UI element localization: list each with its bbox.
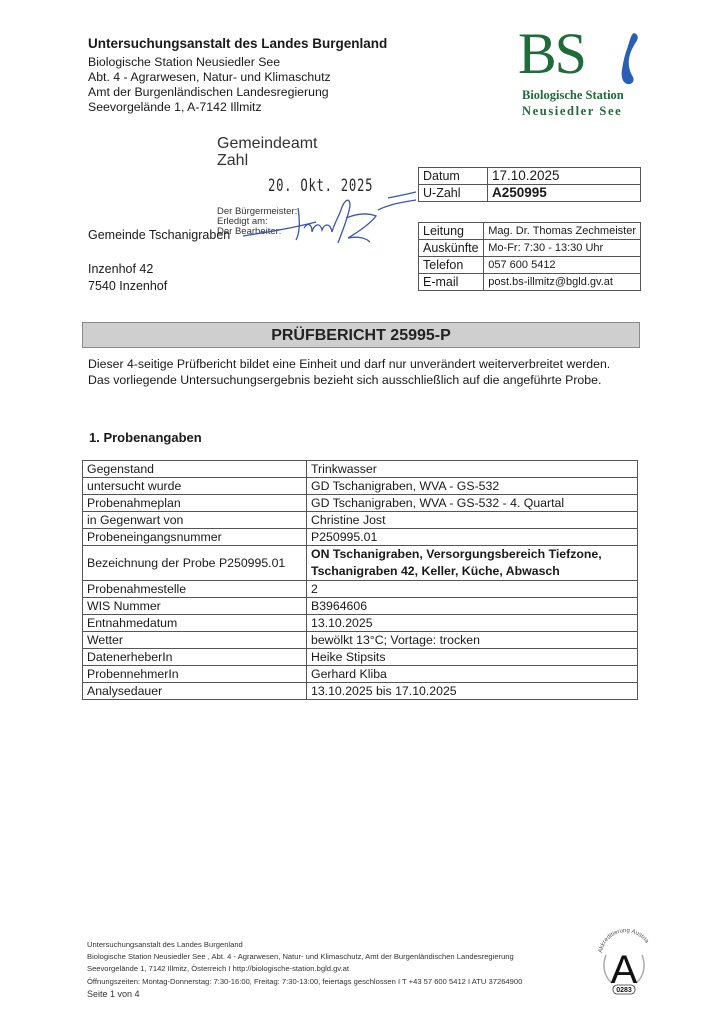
table-row: Telefon 057 600 5412 bbox=[419, 257, 641, 274]
probe-key: Wetter bbox=[83, 632, 307, 649]
recipient-name: Gemeinde Tschanigraben bbox=[88, 228, 230, 242]
recipient-street: Inzenhof 42 bbox=[88, 261, 167, 278]
probe-value: ON Tschanigraben, Versorgungsbereich Tie… bbox=[307, 546, 638, 581]
contact-value: Mag. Dr. Thomas Zechmeister bbox=[484, 223, 641, 240]
probe-key: Gegenstand bbox=[83, 461, 307, 478]
probe-value: bewölkt 13°C; Vortage: trocken bbox=[307, 632, 638, 649]
footer-line: Seevorgelände 1, 7142 Illmitz, Österreic… bbox=[87, 963, 522, 975]
table-row: Auskünfte Mo-Fr: 7:30 - 13:30 Uhr bbox=[419, 240, 641, 257]
org-line: Abt. 4 - Agrarwesen, Natur- und Klimasch… bbox=[88, 70, 331, 85]
contact-label: E-mail bbox=[419, 274, 484, 291]
svg-text:0283: 0283 bbox=[616, 987, 632, 994]
contact-value: 057 600 5412 bbox=[484, 257, 641, 274]
table-row: Wetterbewölkt 13°C; Vortage: trocken bbox=[83, 632, 638, 649]
lake-neusiedl-icon bbox=[616, 32, 640, 86]
probe-value: 13.10.2025 bis 17.10.2025 bbox=[307, 683, 638, 700]
intro-line: Das vorliegende Untersuchungsergebnis be… bbox=[88, 372, 610, 388]
stamp-office: Gemeindeamt bbox=[217, 135, 318, 153]
table-row: ProbennehmerInGerhard Kliba bbox=[83, 666, 638, 683]
probe-value: Trinkwasser bbox=[307, 461, 638, 478]
accreditation-austria-icon: Akkreditierung Austria A 0283 bbox=[594, 925, 654, 1000]
logo-letters: BS bbox=[518, 24, 585, 84]
table-row: GegenstandTrinkwasser bbox=[83, 461, 638, 478]
table-row: Entnahmedatum13.10.2025 bbox=[83, 615, 638, 632]
bs-logo: BS Biologische Station Neusiedler See bbox=[518, 30, 643, 120]
table-row: in Gegenwart vonChristine Jost bbox=[83, 512, 638, 529]
probe-key: untersucht wurde bbox=[83, 478, 307, 495]
table-row: Analysedauer13.10.2025 bis 17.10.2025 bbox=[83, 683, 638, 700]
org-line: Amt der Burgenländischen Landesregierung bbox=[88, 85, 331, 100]
probe-key: Bezeichnung der Probe P250995.01 bbox=[83, 546, 307, 581]
probe-key: Probeneingangsnummer bbox=[83, 529, 307, 546]
probe-key: Probenahmestelle bbox=[83, 581, 307, 598]
table-row: WIS NummerB3964606 bbox=[83, 598, 638, 615]
probe-value: Gerhard Kliba bbox=[307, 666, 638, 683]
table-row: ProbenahmeplanGD Tschanigraben, WVA - GS… bbox=[83, 495, 638, 512]
table-row: untersucht wurdeGD Tschanigraben, WVA - … bbox=[83, 478, 638, 495]
probe-value: Heike Stipsits bbox=[307, 649, 638, 666]
probe-key: in Gegenwart von bbox=[83, 512, 307, 529]
table-row: U-Zahl A250995 bbox=[419, 185, 641, 202]
contact-table: Leitung Mag. Dr. Thomas Zechmeister Ausk… bbox=[418, 222, 641, 291]
probe-value: P250995.01 bbox=[307, 529, 638, 546]
table-row: Bezeichnung der Probe P250995.01 ON Tsch… bbox=[83, 546, 638, 581]
recipient-city: 7540 Inzenhof bbox=[88, 278, 167, 295]
probe-value-line: Tschanigraben 42, Keller, Küche, Abwasch bbox=[311, 563, 633, 580]
contact-value: Mo-Fr: 7:30 - 13:30 Uhr bbox=[484, 240, 641, 257]
table-row: Datum 17.10.2025 bbox=[419, 168, 641, 185]
logo-line-1: Biologische Station bbox=[522, 88, 624, 103]
probe-value: GD Tschanigraben, WVA - GS-532 bbox=[307, 478, 638, 495]
probe-table: GegenstandTrinkwasser untersucht wurdeGD… bbox=[82, 460, 638, 700]
intro-line: Dieser 4-seitige Prüfbericht bildet eine… bbox=[88, 356, 610, 372]
probe-key: Probenahmeplan bbox=[83, 495, 307, 512]
date-table: Datum 17.10.2025 U-Zahl A250995 bbox=[418, 167, 641, 202]
table-row: DatenerheberInHeike Stipsits bbox=[83, 649, 638, 666]
date-label: Datum bbox=[419, 168, 488, 185]
section-title: 1. Probenangaben bbox=[89, 430, 202, 445]
stamp-number-label: Zahl bbox=[217, 152, 248, 170]
contact-email[interactable]: post.bs-illmitz@bgld.gv.at bbox=[484, 274, 641, 291]
date-value: 17.10.2025 bbox=[488, 168, 641, 185]
logo-line-2: Neusiedler See bbox=[522, 104, 622, 119]
probe-key: WIS Nummer bbox=[83, 598, 307, 615]
contact-label: Auskünfte bbox=[419, 240, 484, 257]
contact-label: Telefon bbox=[419, 257, 484, 274]
probe-key: ProbennehmerIn bbox=[83, 666, 307, 683]
report-intro: Dieser 4-seitige Prüfbericht bildet eine… bbox=[88, 356, 610, 388]
probe-value: B3964606 bbox=[307, 598, 638, 615]
org-title: Untersuchungsanstalt des Landes Burgenla… bbox=[88, 36, 387, 51]
probe-key: Entnahmedatum bbox=[83, 615, 307, 632]
handwritten-signature bbox=[238, 188, 418, 258]
probe-value: 13.10.2025 bbox=[307, 615, 638, 632]
report-title: PRÜFBERICHT 25995-P bbox=[82, 322, 640, 348]
table-row: ProbeneingangsnummerP250995.01 bbox=[83, 529, 638, 546]
uzahl-label: U-Zahl bbox=[419, 185, 488, 202]
probe-value: Christine Jost bbox=[307, 512, 638, 529]
org-line: Seevorgelände 1, A-7142 Illmitz bbox=[88, 100, 331, 115]
table-row: Probenahmestelle2 bbox=[83, 581, 638, 598]
org-address: Biologische Station Neusiedler See Abt. … bbox=[88, 55, 331, 115]
probe-key: DatenerheberIn bbox=[83, 649, 307, 666]
table-row: E-mail post.bs-illmitz@bgld.gv.at bbox=[419, 274, 641, 291]
page-number: Seite 1 von 4 bbox=[87, 988, 522, 1000]
probe-value-line: ON Tschanigraben, Versorgungsbereich Tie… bbox=[311, 546, 633, 563]
probe-value: GD Tschanigraben, WVA - GS-532 - 4. Quar… bbox=[307, 495, 638, 512]
footer-line: Untersuchungsanstalt des Landes Burgenla… bbox=[87, 939, 522, 951]
page-footer: Untersuchungsanstalt des Landes Burgenla… bbox=[87, 939, 522, 1000]
uzahl-value: A250995 bbox=[488, 185, 641, 202]
footer-line: Öffnungszeiten: Montag-Donnerstag: 7:30-… bbox=[87, 976, 522, 988]
footer-line: Biologische Station Neusiedler See , Abt… bbox=[87, 951, 522, 963]
table-row: Leitung Mag. Dr. Thomas Zechmeister bbox=[419, 223, 641, 240]
probe-key: Analysedauer bbox=[83, 683, 307, 700]
recipient-address: Inzenhof 42 7540 Inzenhof bbox=[88, 261, 167, 295]
org-line: Biologische Station Neusiedler See bbox=[88, 55, 331, 70]
probe-value: 2 bbox=[307, 581, 638, 598]
contact-label: Leitung bbox=[419, 223, 484, 240]
